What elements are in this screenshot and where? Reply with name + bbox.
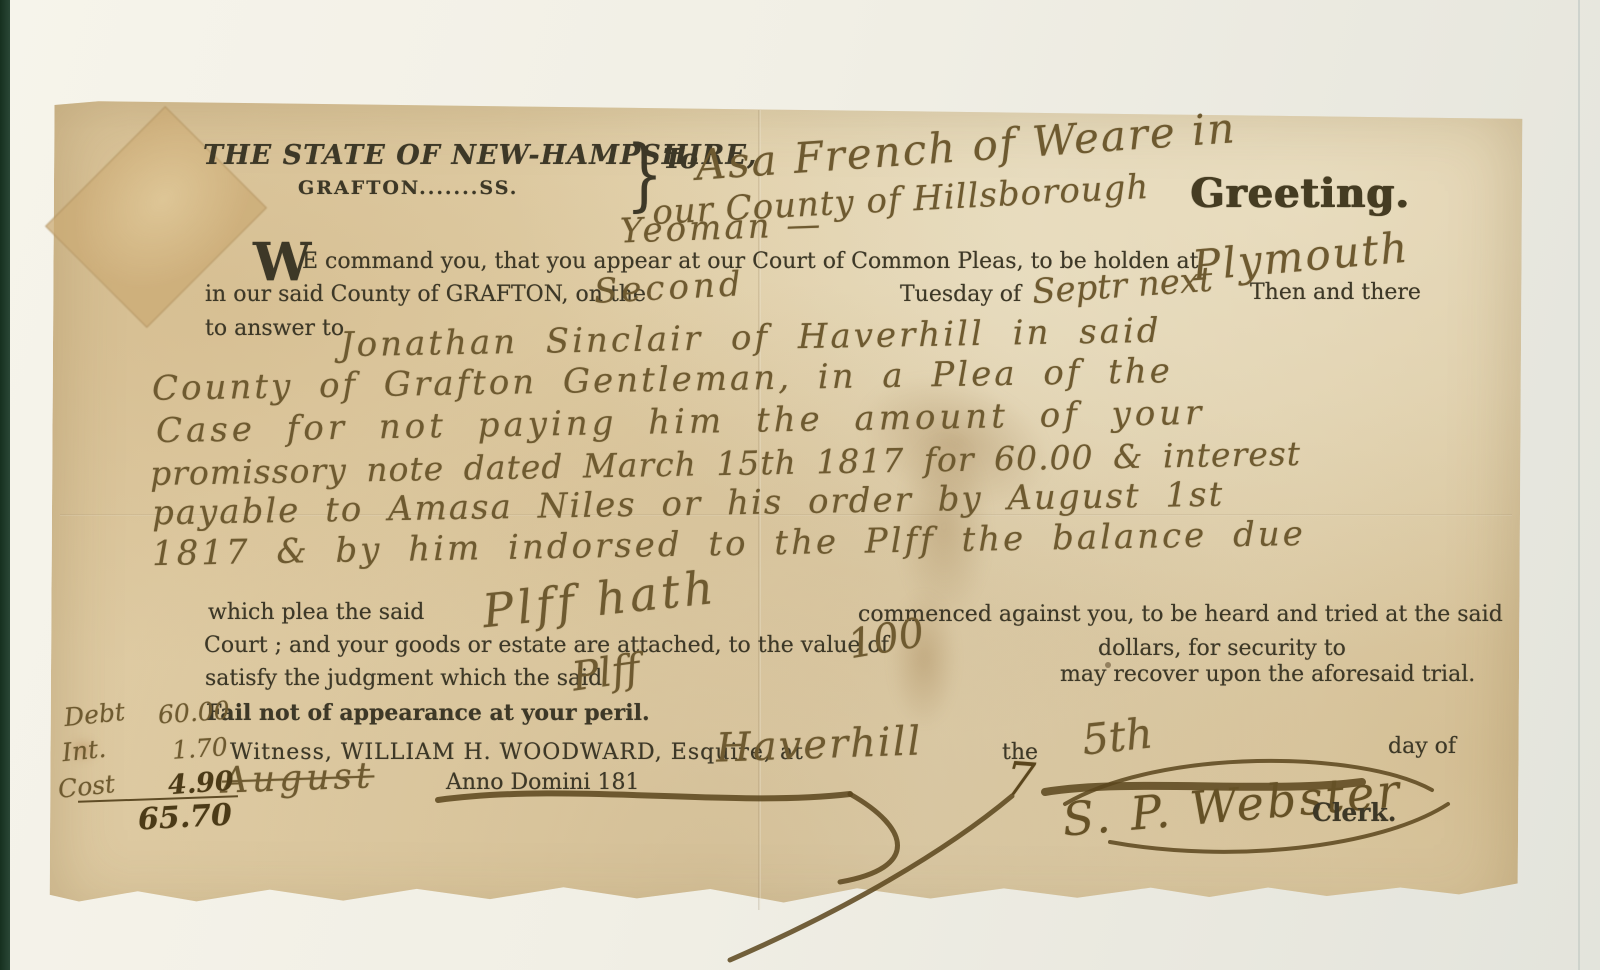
dollars-security-label: dollars, for security to [1098,636,1346,661]
answer-to-label: to answer to [205,316,344,341]
commenced-label: commenced against you, to be heard and t… [858,602,1503,627]
cost-row-label: Cost [57,769,117,804]
greeting-blackletter: Greeting. [1190,170,1410,217]
cost-row-value: 1.70 [171,732,229,765]
struck-month-hand: August [221,755,375,801]
week-hand: Second [593,264,745,312]
then-and-there-label: Then and there [1250,280,1421,305]
cost-row-label: Int. [61,734,108,767]
to-label: To [663,144,698,175]
fail-not-label: Fail not of appearance at your peril. [206,700,650,726]
recover-label: may recover upon the aforesaid trial. [1060,662,1475,687]
satisfy-label: satisfy the judgment which the said [205,666,602,691]
witness-place-hand: Haverhill [715,718,923,771]
county-ss-line: GRAFTON.......SS. [298,177,518,199]
witness-underline-flourish [430,778,950,888]
scanned-document-page: THE STATE OF NEW-HAMPSHIRE, GRAFTON.....… [0,0,1600,970]
which-plea-label: which plea the said [208,600,424,625]
scan-edge-strip [0,0,10,970]
clerk-label: Clerk. [1312,798,1397,827]
scan-edge-line [1578,0,1580,970]
plff-hand-2: Plff [569,645,643,700]
court-attached-label: Court ; and your goods or estate are att… [204,633,889,658]
tuesday-of-label: Tuesday of [900,282,1021,307]
yeoman-hand: Yeoman — [619,204,824,251]
cost-row-value: 60.00 [157,696,230,730]
command-line-2: in our said County of GRAFTON, on the [205,282,646,307]
cost-total: 65.70 [137,798,233,838]
